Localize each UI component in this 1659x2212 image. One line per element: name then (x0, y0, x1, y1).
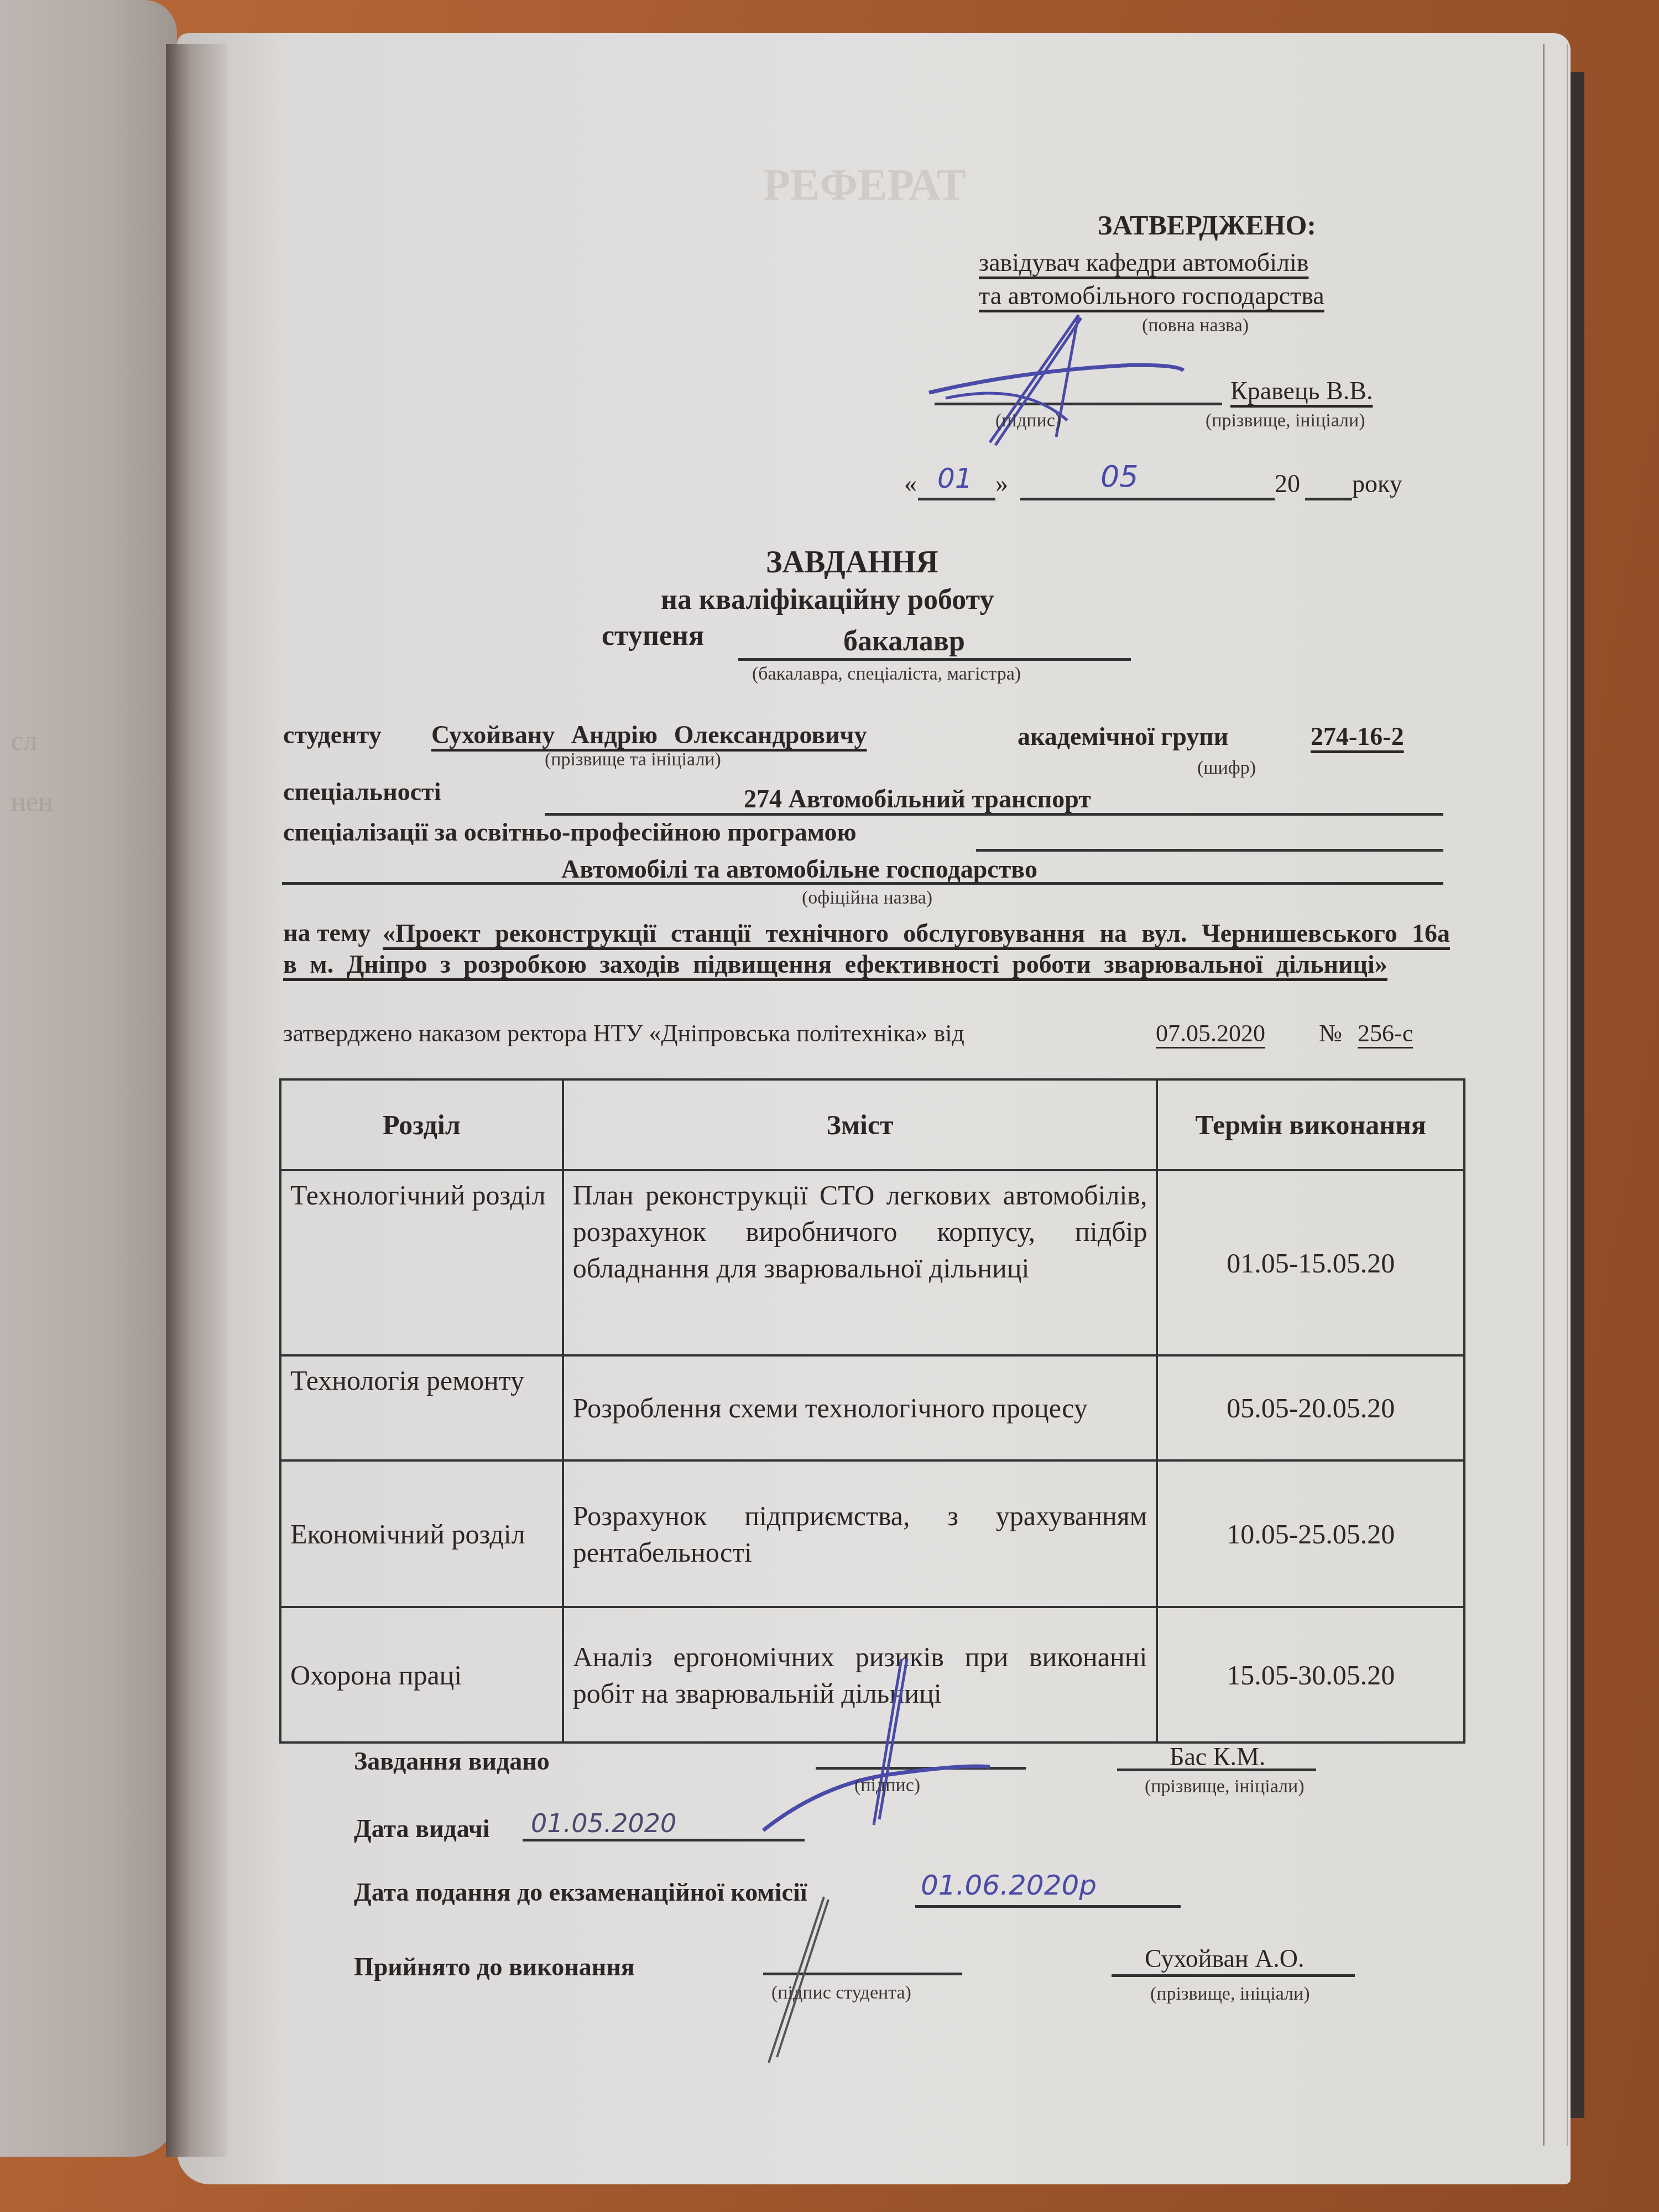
specialization-line (976, 849, 1443, 852)
issued-signature-caption: (підпис) (854, 1775, 920, 1796)
row-section: Технологія ремонту (280, 1355, 563, 1460)
date-month-line (1020, 498, 1275, 500)
table-row: Технологія ремонту Розроблення схеми тех… (280, 1355, 1464, 1460)
date-month-value: 05 (1100, 459, 1139, 494)
order-text: затверджено наказом ректора НТУ «Дніпров… (283, 1019, 964, 1047)
accepted-name-line (1112, 1974, 1355, 1977)
issue-date-line (523, 1839, 805, 1841)
bleed-through-heading: РЕФЕРАТ (763, 160, 966, 211)
column-header-content: Зміст (563, 1079, 1157, 1170)
issued-name-caption: (прізвище, ініціали) (1145, 1776, 1305, 1797)
order-number-label: № (1319, 1019, 1342, 1047)
approver-name-caption: (прізвище, ініціали) (1206, 410, 1365, 431)
submission-label: Дата подання до екзаменаційної комісії (354, 1877, 807, 1907)
issued-signature-scribble (752, 1653, 1040, 1836)
row-content: Розрахунок підприємства, з урахуванням р… (563, 1460, 1157, 1607)
approval-heading: ЗАТВЕРДЖЕНО: (1098, 209, 1316, 241)
row-section: Технологічний розділ (280, 1170, 563, 1355)
issue-date-value: 01.05.2020 (531, 1808, 676, 1838)
group-value: 274-16-2 (1311, 722, 1404, 751)
degree-label: ступеня (602, 619, 704, 652)
specialization-label: спеціалізації за освітньо-професійною пр… (283, 817, 857, 847)
column-header-section: Розділ (280, 1079, 563, 1170)
student-name-caption: (прізвище та ініціали) (545, 749, 721, 770)
issued-label: Завдання видано (354, 1746, 550, 1776)
approval-position-line1: завідувач кафедри автомобілів (979, 248, 1308, 277)
accepted-signature-caption: (підпис студента) (771, 1983, 911, 2004)
degree-caption: (бакалавра, спеціаліста, магістра) (752, 664, 1021, 685)
row-content: План реконструкції СТО легкових автомобі… (563, 1170, 1157, 1355)
accepted-name: Сухойван А.О. (1145, 1944, 1305, 1973)
row-term: 10.05-25.05.20 (1157, 1460, 1464, 1607)
date-open-quote: « (904, 469, 917, 498)
assignment-document: РЕФЕРАТ ЗАТВЕРДЖЕНО: завідувач кафедри а… (0, 0, 1659, 2212)
row-content: Розроблення схеми технологічного процесу (563, 1355, 1157, 1460)
program-value: Автомобілі та автомобільне господарство (561, 854, 1037, 884)
task-schedule-table: Розділ Зміст Термін виконання Технологіч… (279, 1078, 1465, 1744)
date-year-suffix: року (1352, 469, 1402, 498)
row-term: 01.05-15.05.20 (1157, 1170, 1464, 1355)
group-label: академічної групи (1018, 722, 1228, 751)
date-close-quote: » (995, 469, 1008, 498)
row-term: 15.05-30.05.20 (1157, 1607, 1464, 1743)
approval-position-line2: та автомобільного господарства (979, 281, 1324, 310)
degree-line (738, 658, 1131, 661)
approval-signature-scribble (912, 310, 1200, 459)
accepted-label: Прийнято до виконання (354, 1952, 635, 1981)
order-date: 07.05.2020 (1156, 1019, 1265, 1047)
row-term: 05.05-20.05.20 (1157, 1355, 1464, 1460)
group-caption: (шифр) (1197, 758, 1256, 779)
student-name: Сухойвану Андрію Олександровичу (431, 720, 867, 749)
degree-value: бакалавр (843, 625, 965, 658)
date-day-line (918, 498, 995, 500)
student-label: студенту (283, 720, 382, 749)
date-year-prefix: 20 (1275, 469, 1300, 498)
document-subtitle: на кваліфікаційну роботу (661, 583, 994, 616)
table-header-row: Розділ Зміст Термін виконання (280, 1079, 1464, 1170)
table-row: Технологічний розділ План реконструкції … (280, 1170, 1464, 1355)
date-year-line (1305, 498, 1352, 500)
topic-text: «Проект реконструкції станції технічного… (283, 918, 1450, 980)
row-section: Охорона праці (280, 1607, 563, 1743)
submission-value: 01.06.2020р (921, 1869, 1097, 1901)
issued-name: Бас К.М. (1170, 1742, 1265, 1771)
date-day-value: 01 (937, 462, 973, 494)
approval-signature-caption: (підпис) (995, 410, 1061, 431)
row-section: Економічний розділ (280, 1460, 563, 1607)
column-header-term: Термін виконання (1157, 1079, 1464, 1170)
accepted-name-caption: (прізвище, ініціали) (1150, 1984, 1310, 2005)
issue-date-label: Дата видачі (354, 1814, 490, 1843)
program-caption: (офіційна назва) (802, 888, 932, 909)
document-title: ЗАВДАННЯ (766, 545, 938, 580)
specialty-value: 274 Автомобільний транспорт (744, 784, 1091, 813)
accepted-signature-scribble (758, 1891, 835, 2068)
submission-line (915, 1905, 1181, 1908)
specialty-label: спеціальності (283, 777, 441, 806)
table-row: Економічний розділ Розрахунок підприємст… (280, 1460, 1464, 1607)
approver-name: Кравець В.В. (1230, 376, 1373, 405)
order-number: 256-с (1358, 1019, 1413, 1047)
